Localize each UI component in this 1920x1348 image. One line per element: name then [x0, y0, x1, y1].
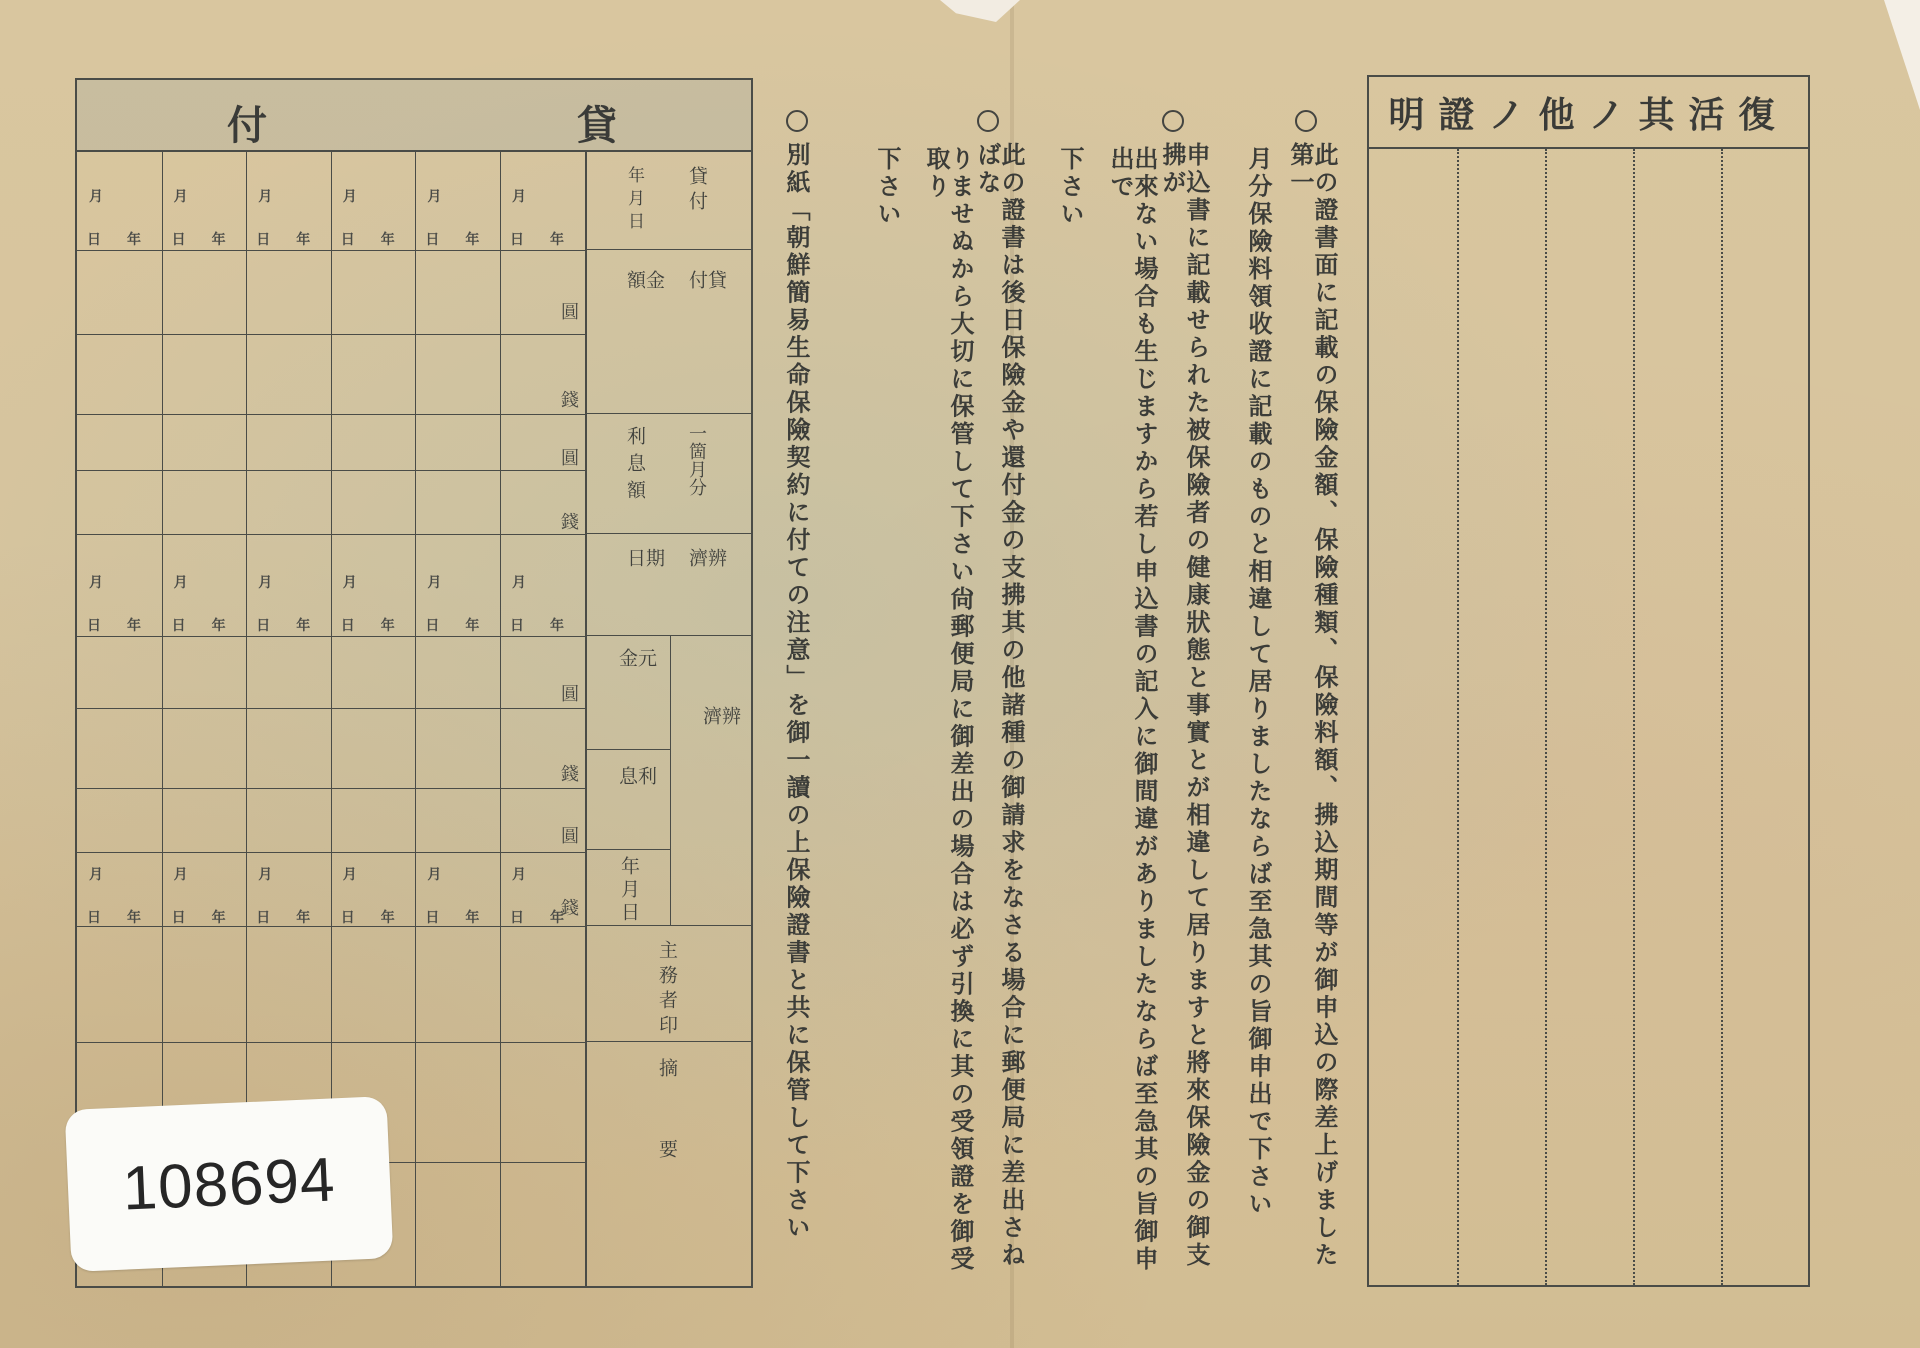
date-label: 月	[258, 864, 272, 884]
label-text: 摘要	[657, 1058, 676, 1220]
label-text: 年月日	[625, 166, 642, 235]
grid-row-line	[77, 470, 585, 471]
label-repaid-date: 年月日	[587, 850, 670, 926]
date-label: 月	[427, 186, 441, 206]
date-label: 月	[343, 864, 357, 884]
label-monthly-interest: 一箇月分 利息額	[587, 414, 753, 534]
date-entry-cell[interactable]: 月日年	[500, 538, 585, 634]
grid-row-line	[77, 414, 585, 415]
notice-text-column: 此の證書面に記載の保險金額、保險種類、保險料額、拂込期間等が御申込の際差上げまし…	[1288, 142, 1336, 1292]
notice-text-column: 此の證書は後日保險金や還付金の支拂其の他諸種の御請求をなさる場合に郵便局に差出さ…	[975, 142, 1023, 1292]
date-label: 年	[381, 229, 395, 249]
currency-unit: 錢	[561, 760, 579, 786]
date-label: 年	[465, 229, 479, 249]
date-label: 年	[465, 615, 479, 635]
top-tear	[940, 0, 1020, 22]
notice-text-column: 出來ない場合も生じますから若し申込書の記入に御間違がありましたならば至急其の旨御…	[1108, 146, 1156, 1296]
date-label: 月	[258, 572, 272, 592]
label-text: 一箇月分	[687, 424, 705, 496]
label-text: 貸付	[687, 270, 725, 413]
date-entry-cell[interactable]: 月日年	[331, 152, 416, 248]
date-label: 年	[127, 229, 141, 249]
date-entry-cell[interactable]: 月日年	[415, 152, 500, 248]
revival-box-title: 復活其ノ他ノ證明	[1369, 77, 1808, 149]
loan-title-left: 付	[227, 94, 267, 151]
date-label: 年	[212, 229, 226, 249]
notice-text-column: りませぬから大切に保管して下さい尙郵便局に御差出の場合は必ず引換に其の受領證を御…	[924, 146, 972, 1296]
date-label: 年	[381, 907, 395, 927]
notice-bullet-icon	[977, 110, 999, 132]
label-text: 期日	[625, 548, 663, 635]
date-label: 日	[425, 229, 439, 249]
grid-row-line	[77, 1042, 585, 1043]
notice-bullet-icon	[786, 110, 808, 132]
loan-row-labels: 貸付 年月日 貸付 金額 一箇月分 利息額 辨濟 期日 元金	[585, 152, 753, 1288]
date-label: 月	[427, 572, 441, 592]
date-label: 月	[427, 864, 441, 884]
dotted-divider	[1545, 149, 1547, 1285]
torn-corner	[1860, 0, 1920, 110]
date-entry-cell[interactable]: 月日年	[162, 538, 247, 634]
date-label: 日	[172, 907, 186, 927]
date-label: 年	[550, 615, 564, 635]
currency-unit: 圓	[561, 298, 579, 324]
date-label: 年	[127, 907, 141, 927]
date-entry-cell[interactable]: 月日年	[415, 830, 500, 926]
date-label: 日	[172, 615, 186, 635]
date-label: 日	[256, 907, 270, 927]
date-label: 日	[425, 615, 439, 635]
date-label: 月	[89, 572, 103, 592]
date-label: 月	[174, 864, 188, 884]
notice-text-column: 下さい	[1058, 146, 1082, 1296]
date-label: 年	[212, 907, 226, 927]
label-text: 貸付	[687, 166, 706, 216]
date-label: 月	[512, 864, 526, 884]
label-text: 辨濟	[701, 706, 739, 925]
dotted-divider	[1457, 149, 1459, 1285]
notice-bullet-icon	[1162, 110, 1184, 132]
label-remarks: 摘要	[587, 1042, 753, 1288]
date-entry-cell[interactable]: 月日年	[246, 538, 331, 634]
date-label: 年	[296, 907, 310, 927]
catalog-number: 108694	[121, 1144, 337, 1224]
date-entry-cell[interactable]: 月日年	[246, 830, 331, 926]
grid-row-line	[77, 926, 585, 927]
label-loan-date: 貸付 年月日	[587, 152, 753, 250]
grid-row-line	[77, 334, 585, 335]
label-principal: 元金	[587, 636, 670, 750]
currency-unit: 錢	[561, 386, 579, 412]
label-interest: 利息	[587, 750, 670, 850]
date-label: 日	[341, 615, 355, 635]
label-text: 利息	[617, 766, 655, 849]
catalog-number-sticker: 108694	[65, 1096, 394, 1272]
date-label: 年	[212, 615, 226, 635]
date-label: 月	[343, 186, 357, 206]
date-entry-cell[interactable]: 月日年	[246, 152, 331, 248]
date-label: 日	[87, 229, 101, 249]
currency-unit: 圓	[561, 680, 579, 706]
label-text: 年月日	[619, 856, 638, 925]
currency-unit: 圓	[561, 822, 579, 848]
date-entry-cell[interactable]: 月日年	[331, 830, 416, 926]
revival-title-text: 復活其ノ他ノ證明	[1388, 87, 1788, 138]
date-label: 月	[512, 186, 526, 206]
grid-column-line	[415, 152, 416, 1288]
dotted-divider	[1721, 149, 1723, 1285]
date-entry-cell[interactable]: 月日年	[77, 152, 162, 248]
notice-text-column: 申込書に記載せられた被保險者の健康狀態と事實とが相違して居りますと將來保險金の御…	[1160, 142, 1208, 1292]
currency-unit: 圓	[561, 444, 579, 470]
date-label: 日	[341, 229, 355, 249]
grid-row-line	[77, 788, 585, 789]
currency-unit: 錢	[561, 894, 579, 920]
label-text: 元金	[617, 648, 655, 749]
date-label: 日	[425, 907, 439, 927]
date-label: 月	[174, 186, 188, 206]
label-repaid-detail: 元金 利息 年月日	[587, 636, 671, 926]
label-text: 金額	[625, 270, 663, 413]
date-entry-cell[interactable]: 月日年	[500, 152, 585, 248]
date-label: 日	[172, 229, 186, 249]
revival-certification-box: 復活其ノ他ノ證明	[1367, 75, 1810, 1287]
label-text: 辨濟	[687, 548, 725, 635]
notice-text-column: 別紙「朝鮮簡易生命保險契約に付ての注意」を御一讀の上保險證書と共に保管して下さい	[784, 142, 808, 1292]
date-label: 月	[174, 572, 188, 592]
label-text: 主務者印	[657, 940, 676, 1040]
date-label: 日	[256, 615, 270, 635]
date-label: 月	[512, 572, 526, 592]
grid-row-line	[77, 636, 585, 637]
grid-row-line	[77, 250, 585, 251]
date-label: 日	[256, 229, 270, 249]
label-text: 利息額	[625, 426, 644, 507]
notice-bullet-icon	[1295, 110, 1317, 132]
dotted-divider	[1633, 149, 1635, 1285]
grid-column-line	[500, 152, 501, 1288]
date-entry-cell[interactable]: 月日年	[77, 538, 162, 634]
date-label: 日	[510, 907, 524, 927]
date-label: 日	[510, 615, 524, 635]
date-label: 日	[341, 907, 355, 927]
date-label: 年	[550, 229, 564, 249]
label-loan-amount: 貸付 金額	[587, 250, 753, 414]
date-label: 日	[510, 229, 524, 249]
date-entry-cell[interactable]: 月日年	[77, 830, 162, 926]
date-label: 月	[258, 186, 272, 206]
date-entry-cell[interactable]: 月日年	[331, 538, 416, 634]
date-label: 日	[87, 615, 101, 635]
date-entry-cell[interactable]: 月日年	[162, 830, 247, 926]
notice-text-column: 月分保險料領收證に記載のものと相違して居りましたならば至急其の旨御申出で下さい	[1246, 146, 1270, 1296]
date-entry-cell[interactable]: 月日年	[162, 152, 247, 248]
label-repaid: 辨濟	[671, 636, 753, 926]
date-label: 年	[296, 615, 310, 635]
date-label: 年	[465, 907, 479, 927]
currency-unit: 錢	[561, 508, 579, 534]
date-label: 年	[296, 229, 310, 249]
loan-table-header: 付 貸	[77, 80, 751, 152]
paper-document: 付 貸 月日年月日年月日年月日年月日年月日年月日年月日年月日年月日年月日年月日年…	[0, 0, 1920, 1348]
grid-row-line	[77, 534, 585, 535]
date-label: 年	[381, 615, 395, 635]
date-entry-cell[interactable]: 月日年	[415, 538, 500, 634]
label-officer-seal: 主務者印	[587, 926, 753, 1042]
label-repay-due: 辨濟 期日	[587, 534, 753, 636]
date-label: 月	[89, 864, 103, 884]
date-label: 年	[127, 615, 141, 635]
grid-row-line	[77, 708, 585, 709]
date-label: 日	[87, 907, 101, 927]
loan-title-right: 貸	[577, 94, 617, 151]
notice-text-column: 下さい	[875, 146, 899, 1296]
date-label: 月	[89, 186, 103, 206]
date-label: 月	[343, 572, 357, 592]
